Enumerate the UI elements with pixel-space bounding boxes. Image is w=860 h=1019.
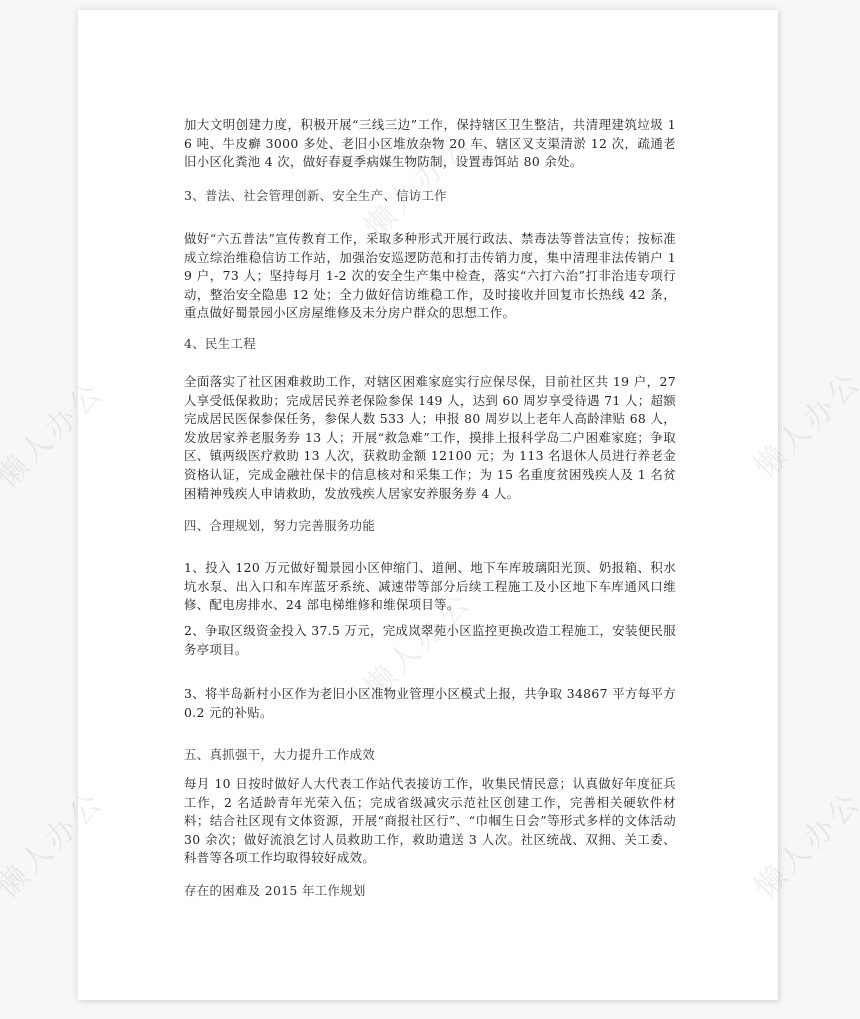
- paragraph-sanitation: 加大文明创建力度，积极开展“三线三边”工作，保持辖区卫生整洁，共清理建筑垃圾 1…: [184, 116, 676, 172]
- document-page: 懒人办公 懒人办公 懒人办公 懒人办公 加大文明创建力度，积极开展“三线三边”工…: [78, 10, 778, 1000]
- watermark: 懒人办公: [742, 778, 860, 905]
- paragraph-planning-1: 1、投入 120 万元做好蜀景园小区伸缩门、道闸、地下车库玻璃阳光顶、奶报箱、积…: [184, 559, 676, 615]
- heading-planning: 四、合理规划，努力完善服务功能: [184, 517, 676, 536]
- heading-difficulties-plan: 存在的困难及 2015 年工作规划: [184, 882, 676, 901]
- paragraph-livelihood: 全面落实了社区困难救助工作，对辖区困难家庭实行应保尽保，目前社区共 19 户，2…: [184, 373, 676, 503]
- paragraph-planning-3: 3、将半岛新村小区作为老旧小区准物业管理小区模式上报，共争取 34867 平方每…: [184, 685, 676, 722]
- paragraph-effectiveness: 每月 10 日按时做好人大代表工作站代表接访工作，收集民情民意；认真做好年度征兵…: [184, 775, 676, 868]
- heading-legal-safety: 3、普法、社会管理创新、安全生产、信访工作: [184, 187, 676, 206]
- heading-livelihood: 4、民生工程: [184, 335, 676, 354]
- paragraph-planning-2: 2、争取区级资金投入 37.5 万元，完成岚翠苑小区监控更换改造工程施工，安装便…: [184, 622, 676, 659]
- paragraph-legal-safety: 做好“六五普法”宣传教育工作，采取多种形式开展行政法、禁毒法等普法宣传；按标准成…: [184, 230, 676, 323]
- watermark: 懒人办公: [742, 358, 860, 485]
- heading-effectiveness: 五、真抓强干，大力提升工作成效: [184, 746, 676, 765]
